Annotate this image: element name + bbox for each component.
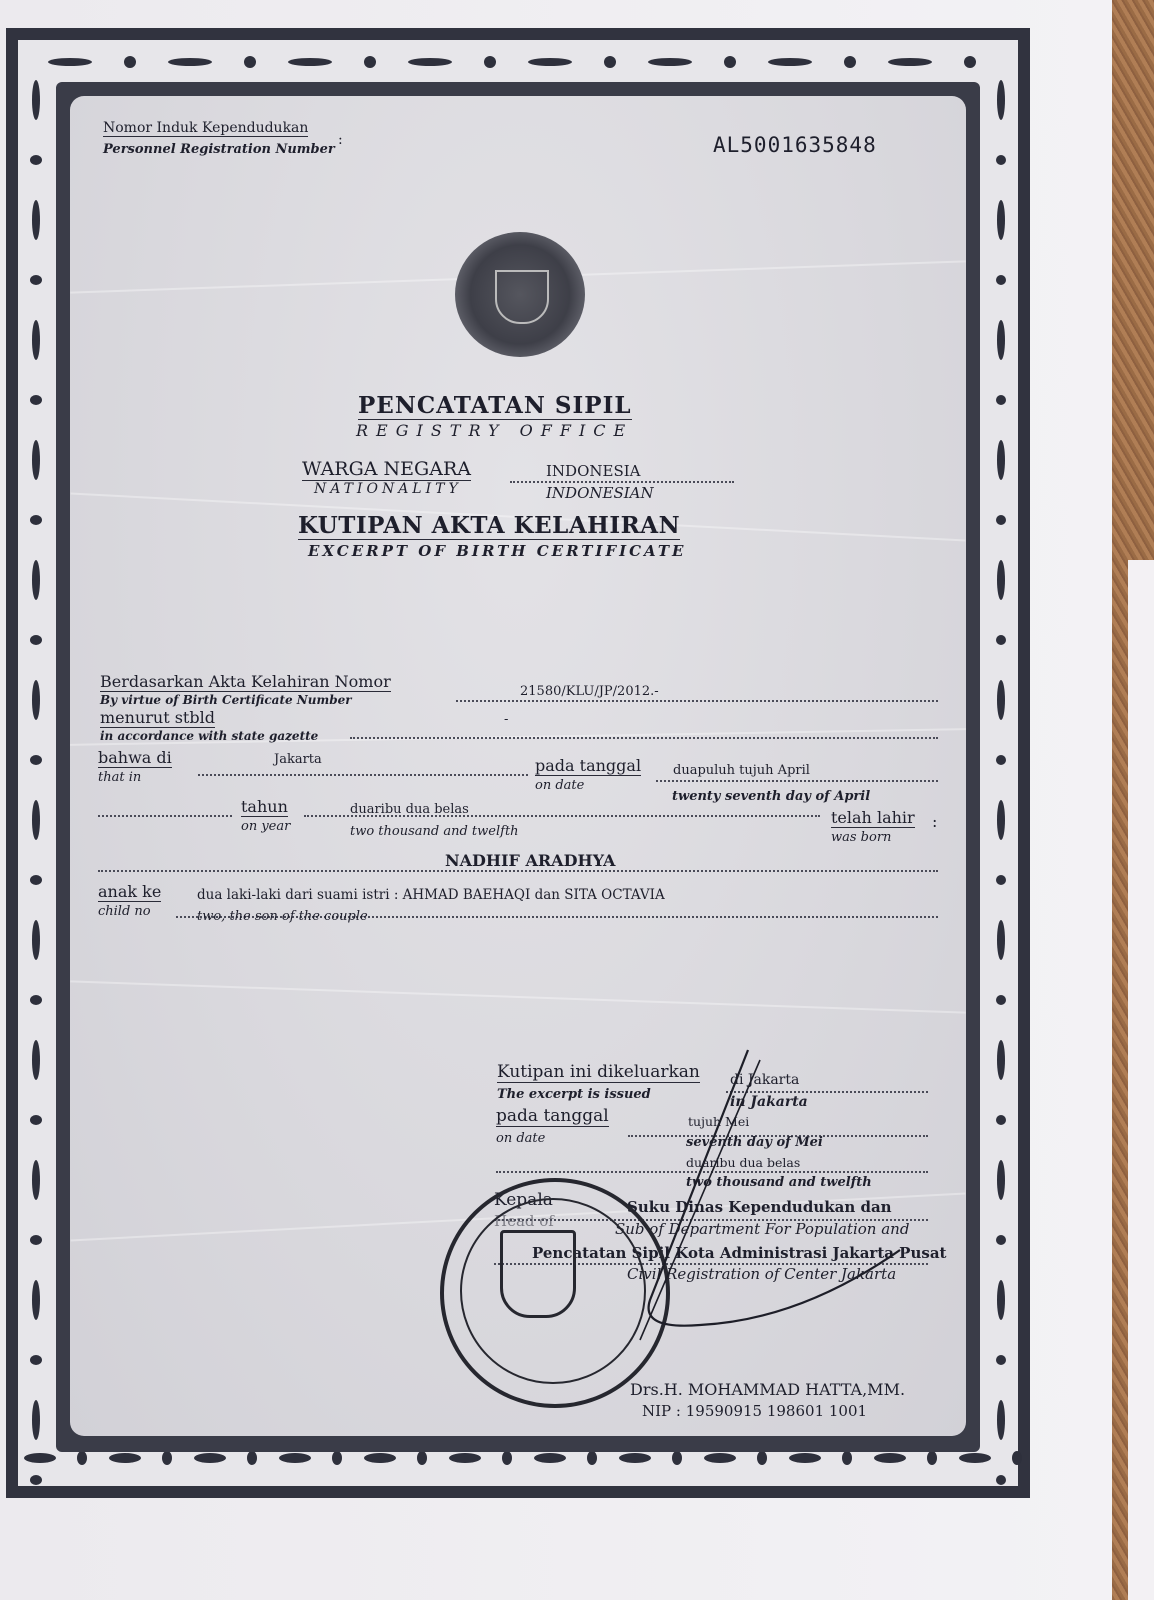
signature — [0, 0, 1154, 1600]
